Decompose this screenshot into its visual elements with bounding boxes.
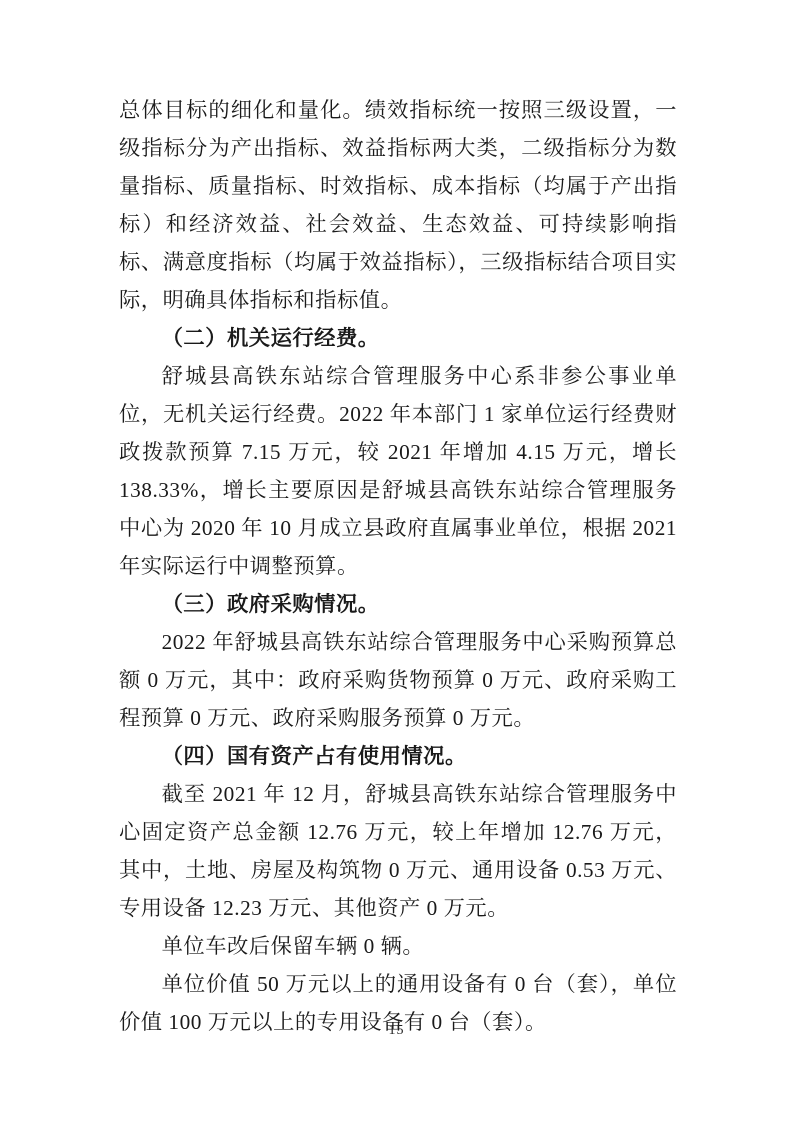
document-page: 总体目标的细化和量化。绩效指标统一按照三级设置，一级指标分为产出指标、效益指标两… bbox=[0, 0, 793, 1122]
paragraph-agency-operating-funds: 舒城县高铁东站综合管理服务中心系非参公事业单位，无机关运行经费。2022 年本部… bbox=[119, 357, 677, 585]
paragraph-retained-vehicles: 单位车改后保留车辆 0 辆。 bbox=[119, 927, 677, 965]
page-number: 15 bbox=[0, 1022, 793, 1040]
paragraph-government-procurement: 2022 年舒城县高铁东站综合管理服务中心采购预算总额 0 万元，其中：政府采购… bbox=[119, 623, 677, 737]
section-heading-agency-operating-funds: （二）机关运行经费。 bbox=[119, 319, 677, 357]
paragraph-performance-indicators: 总体目标的细化和量化。绩效指标统一按照三级设置，一级指标分为产出指标、效益指标两… bbox=[119, 91, 677, 319]
document-body: 总体目标的细化和量化。绩效指标统一按照三级设置，一级指标分为产出指标、效益指标两… bbox=[119, 91, 677, 1041]
paragraph-fixed-assets: 截至 2021 年 12 月，舒城县高铁东站综合管理服务中心固定资产总金额 12… bbox=[119, 775, 677, 927]
section-heading-government-procurement: （三）政府采购情况。 bbox=[119, 585, 677, 623]
section-heading-state-owned-assets: （四）国有资产占有使用情况。 bbox=[119, 737, 677, 775]
